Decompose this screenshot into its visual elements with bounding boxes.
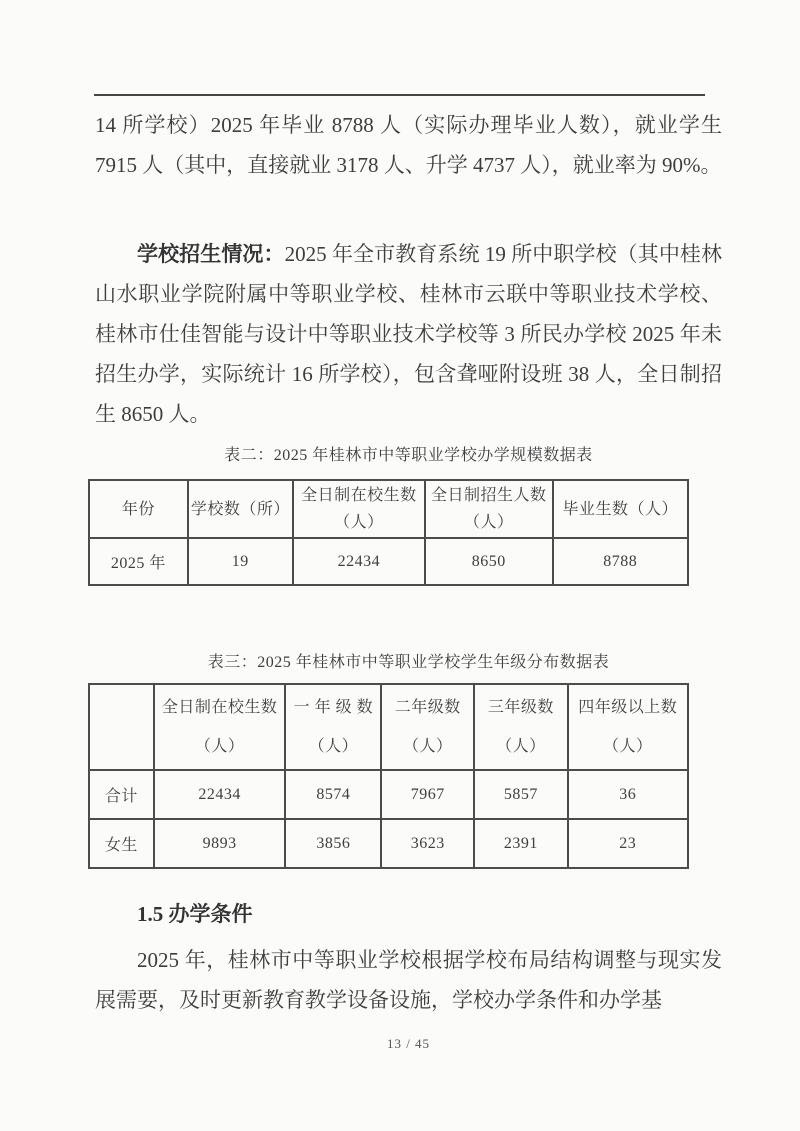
table3-cell-female-grade4plus: 23 [568,819,688,868]
table2-cell-school-count: 19 [188,538,293,585]
table3-cell-female-label: 女生 [89,819,154,868]
table3-header-blank [89,684,154,770]
table3-cell-female-grade1: 3856 [285,819,381,868]
paragraph-graduation-employment: 14 所学校）2025 年毕业 8788 人（实际办理毕业人数），就业学生 79… [95,105,722,185]
table2-header-year: 年份 [89,480,188,538]
table3-cell-total-grade2: 7967 [381,770,474,819]
table3-cell-total-grade4plus: 36 [568,770,688,819]
table3-cell-female-fulltime: 9893 [154,819,286,868]
enrollment-text: 2025 年全市教育系统 19 所中职学校（其中桂林山水职业学院附属中等职业学校… [95,242,722,426]
table2-cell-year: 2025 年 [89,538,188,585]
table2-header-row: 年份 学校数（所） 全日制在校生数 （人） 全日制招生人数 （人） 毕业生数（人… [89,480,688,538]
table3-cell-total-grade1: 8574 [285,770,381,819]
paragraph-enrollment: 学校招生情况：2025 年全市教育系统 19 所中职学校（其中桂林山水职业学院附… [95,234,722,434]
page-header-rule [94,94,705,96]
table2-header-school-count: 学校数（所） [188,480,293,538]
table3-cell-female-grade2: 3623 [381,819,474,868]
table3-header-grade4plus: 四年级以上数 （人） [568,684,688,770]
table3-row-total: 合计 22434 8574 7967 5857 36 [89,770,688,819]
page-number: 13 / 45 [95,1036,722,1052]
table2-caption: 表二：2025 年桂林市中等职业学校办学规模数据表 [95,445,722,467]
section-heading-1-5: 1.5 办学条件 [137,899,253,929]
table2-cell-fulltime-admissions: 8650 [425,538,553,585]
enrollment-label: 学校招生情况： [137,242,285,266]
table3-header-fulltime-students: 全日制在校生数 （人） [154,684,286,770]
table3-header-row: 全日制在校生数 （人） 一 年 级 数 （人） 二年级数 （人） 三年级数 （人… [89,684,688,770]
document-page: 14 所学校）2025 年毕业 8788 人（实际办理毕业人数），就业学生 79… [0,0,800,1131]
table3-cell-total-grade3: 5857 [474,770,567,819]
table2-row-2025: 2025 年 19 22434 8650 8788 [89,538,688,585]
table2-header-fulltime-admissions: 全日制招生人数 （人） [425,480,553,538]
table3-header-grade1: 一 年 级 数 （人） [285,684,381,770]
table3-cell-total-fulltime: 22434 [154,770,286,819]
table2-header-fulltime-students: 全日制在校生数 （人） [293,480,425,538]
table3-cell-female-grade3: 2391 [474,819,567,868]
table2-cell-fulltime-students: 22434 [293,538,425,585]
paragraph-school-conditions: 2025 年，桂林市中等职业学校根据学校布局结构调整与现实发展需要，及时更新教育… [95,940,722,1020]
table2-header-graduates: 毕业生数（人） [553,480,688,538]
table2-school-scale: 年份 学校数（所） 全日制在校生数 （人） 全日制招生人数 （人） 毕业生数（人… [88,479,689,586]
table3-caption: 表三：2025 年桂林市中等职业学校学生年级分布数据表 [95,652,722,674]
table3-header-grade2: 二年级数 （人） [381,684,474,770]
table3-header-grade3: 三年级数 （人） [474,684,567,770]
table2-cell-graduates: 8788 [553,538,688,585]
table3-row-female: 女生 9893 3856 3623 2391 23 [89,819,688,868]
table3-cell-total-label: 合计 [89,770,154,819]
table3-grade-distribution: 全日制在校生数 （人） 一 年 级 数 （人） 二年级数 （人） 三年级数 （人… [88,683,689,869]
